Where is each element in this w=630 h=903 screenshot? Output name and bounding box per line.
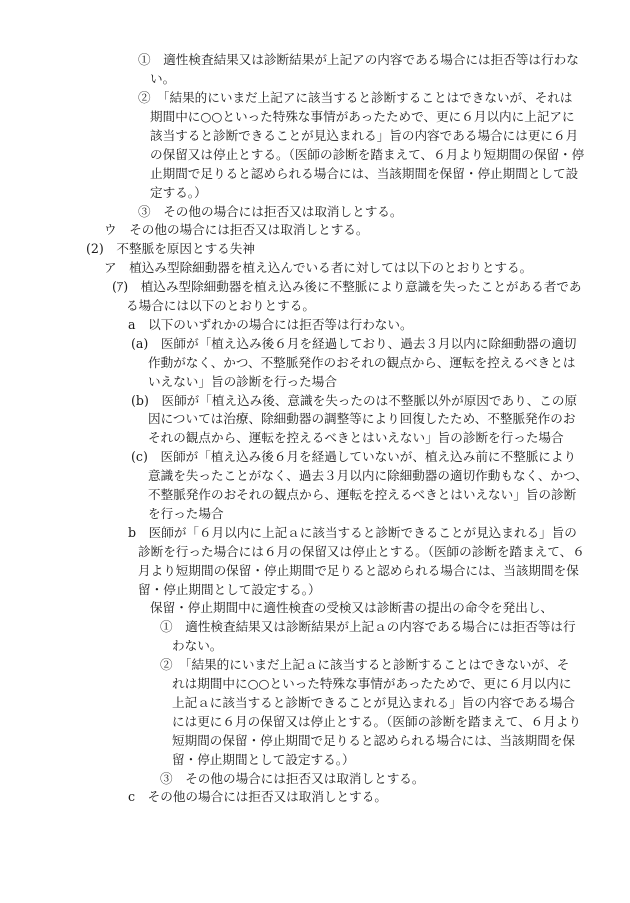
text-line: い。: [150, 71, 175, 87]
text-line: 上記ａに該当すると診断できることが見込まれる」旨の内容である場合: [172, 695, 575, 711]
text-line: 期間中に○○といった特殊な事情があったためで、更に６月以内に上記アに: [150, 109, 575, 125]
text-line: 因については治療、除細動器の調整等により回復したため、不整脈発作のお: [148, 411, 575, 427]
text-line: ア 植込み型除細動器を植え込んでいる者に対しては以下のとおりとする。: [104, 260, 532, 276]
text-line: 診断を行った場合には６月の保留又は停止とする。（医師の診断を踏まえて、６: [138, 544, 585, 560]
text-line: (b) 医師が「植え込み後、意識を失ったのは不整脈以外が原因であり、この原: [131, 393, 577, 409]
text-line: 保留・停止期間中に適性検査の受検又は診断書の提出の命令を発出し、: [150, 600, 553, 616]
text-line: c その他の場合には拒否又は取消しとする。: [128, 789, 387, 805]
text-line: それの観点から、運転を控えるべきとはいえない」旨の診断を行った場合: [148, 430, 564, 446]
text-line: ③ その他の場合には拒否又は取消しとする。: [138, 204, 402, 220]
text-line: ウ その他の場合には拒否又は取消しとする。: [104, 222, 368, 238]
text-line: の保留又は停止とする。（医師の診断を踏まえて、６月より短期間の保留・停: [150, 147, 584, 163]
text-line: ② 「結果的にいまだ上記アに該当すると診断することはできないが、それは: [138, 90, 572, 106]
text-line: 止期間で足りると認められる場合には、当該期間を保留・停止期間として設: [150, 166, 578, 182]
text-line: (2) 不整脈を原因とする失神: [86, 241, 255, 257]
text-line: 留・停止期間として設定する。）: [172, 752, 355, 768]
text-line: 不整脈発作のおそれの観点から、運転を控えるべきとはいえない」旨の診断: [148, 487, 576, 503]
text-line: ① 適性検査結果又は診断結果が上記アの内容である場合には拒否等は行わな: [138, 52, 579, 68]
text-line: a 以下のいずれかの場合には拒否等は行わない。: [128, 317, 413, 333]
text-line: (a) 医師が「植え込み後６月を経過しており、過去３月以内に除細動器の適切: [131, 336, 577, 352]
text-line: 該当すると診断できることが見込まれる」旨の内容である場合には更に６月: [150, 128, 578, 144]
text-line: を行った場合: [148, 506, 224, 522]
text-line: いえない」旨の診断を行った場合: [148, 374, 337, 390]
text-line: 短期間の保留・停止期間で足りると認められる場合には、当該期間を保: [172, 733, 575, 749]
text-line: 定する。）: [150, 185, 207, 201]
text-line: ③ その他の場合には拒否又は取消しとする。: [160, 771, 424, 787]
text-line: 月より短期間の保留・停止期間で足りると認められる場合には、当該期間を保: [138, 563, 579, 579]
text-line: ② 「結果的にいまだ上記ａに該当すると診断することはできないが、そ: [160, 657, 569, 673]
text-line: ① 適性検査結果又は診断結果が上記ａの内容である場合には拒否等は行: [160, 619, 576, 635]
text-line: (ｱ) 植込み型除細動器を植え込み後に不整脈により意識を失ったことがある者であ: [112, 279, 582, 295]
text-line: れは期間中に○○といった特殊な事情があったためで、更に６月以内に: [172, 676, 571, 692]
text-line: b 医師が「６月以内に上記ａに該当すると診断できることが見込まれる」旨の: [128, 525, 577, 541]
text-line: 作動がなく、かつ、不整脈発作のおそれの観点から、運転を控えるべきとは: [148, 355, 575, 371]
text-line: (c) 医師が「植え込み後６月を経過していないが、植え込み前に不整脈により: [131, 449, 576, 465]
text-line: わない。: [172, 638, 222, 654]
text-line: 意識を失ったことがなく、過去３月以内に除細動器の適切作動もなく、かつ、: [148, 468, 588, 484]
text-line: る場合には以下のとおりとする。: [126, 298, 315, 314]
text-line: には更に６月の保留又は停止とする。（医師の診断を踏まえて、６月より: [172, 714, 581, 730]
text-line: 留・停止期間として設定する。）: [138, 582, 321, 598]
